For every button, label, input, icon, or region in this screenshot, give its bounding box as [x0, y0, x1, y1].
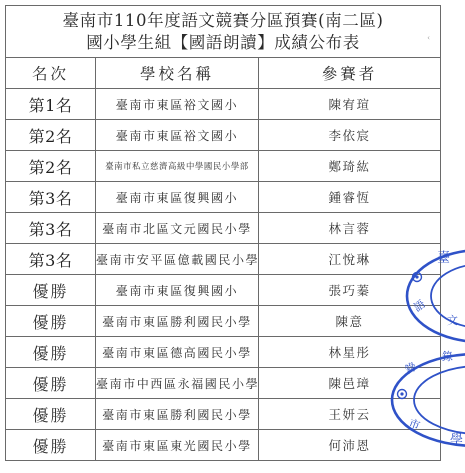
header-school: 學校名稱 [96, 58, 259, 89]
rank-cell: 第3名 [6, 213, 96, 244]
participant-cell: 王妍云 [259, 399, 441, 430]
results-sheet: 臺南市110年度語文競賽分區預賽(南二區) 國小學生組【國語朗讀】成績公布表 ‹… [0, 0, 465, 473]
seal-glyph: 錄 [442, 349, 453, 363]
table-row: 第3名 臺南市北區文元國民小學 林言蓉 [6, 213, 441, 244]
participant-cell: 林星彤 [259, 337, 441, 368]
table-row: 第3名 臺南市東區復興國小 鍾睿恆 [6, 182, 441, 213]
table-row: 第2名 臺南市私立慈濟高級中學國民小學部 鄭琦紘 [6, 151, 441, 182]
school-cell: 臺南市東區勝利國民小學 [96, 306, 259, 337]
participant-cell: 李依宸 [259, 120, 441, 151]
table-row: 優勝 臺南市東區勝利國民小學 王妍云 [6, 399, 441, 430]
participant-cell: 陳宥瑄 [259, 89, 441, 120]
school-cell: 臺南市東區復興國小 [96, 182, 259, 213]
title-row: 臺南市110年度語文競賽分區預賽(南二區) 國小學生組【國語朗讀】成績公布表 ‹ [6, 6, 441, 58]
school-cell: 臺南市東區勝利國民小學 [96, 399, 259, 430]
school-cell: 臺南市安平區億載國民小學 [96, 244, 259, 275]
participant-cell: 陳邑璋 [259, 368, 441, 399]
seal-glyph: 文 [447, 314, 458, 327]
rank-cell: 第3名 [6, 244, 96, 275]
header-rank: 名次 [6, 58, 96, 89]
school-cell: 臺南市東區德高國民小學 [96, 337, 259, 368]
table-row: 第1名 臺南市東區裕文國小 陳宥瑄 [6, 89, 441, 120]
rank-cell: 優勝 [6, 430, 96, 461]
rank-cell: 優勝 [6, 306, 96, 337]
rank-cell: 第1名 [6, 89, 96, 120]
school-cell: 臺南市東區裕文國小 [96, 120, 259, 151]
document-title-line1: 臺南市110年度語文競賽分區預賽(南二區) [6, 10, 440, 32]
table-row: 第2名 臺南市東區裕文國小 李依宸 [6, 120, 441, 151]
rank-cell: 第2名 [6, 151, 96, 182]
table-row: 優勝 臺南市東區復興國小 張巧蓁 [6, 275, 441, 306]
participant-cell: 鍾睿恆 [259, 182, 441, 213]
school-cell: 臺南市東區裕文國小 [96, 89, 259, 120]
results-table: 臺南市110年度語文競賽分區預賽(南二區) 國小學生組【國語朗讀】成績公布表 ‹… [5, 5, 441, 461]
rank-cell: 優勝 [6, 399, 96, 430]
header-participant: 參賽者 [259, 58, 441, 89]
school-cell: 臺南市東區東光國民小學 [96, 430, 259, 461]
table-row: 優勝 臺南市東區德高國民小學 林星彤 [6, 337, 441, 368]
school-cell: 臺南市東區復興國小 [96, 275, 259, 306]
seal-glyph: 學 [450, 433, 463, 448]
participant-cell: 張巧蓁 [259, 275, 441, 306]
table-row: 優勝 臺南市中西區永福國民小學 陳邑璋 [6, 368, 441, 399]
rank-cell: 第2名 [6, 120, 96, 151]
rank-cell: 第3名 [6, 182, 96, 213]
rank-cell: 優勝 [6, 337, 96, 368]
participant-cell: 陳意 [259, 306, 441, 337]
table-row: 優勝 臺南市東區東光國民小學 何沛恩 [6, 430, 441, 461]
school-cell: 臺南市中西區永福國民小學 [96, 368, 259, 399]
school-cell: 臺南市北區文元國民小學 [96, 213, 259, 244]
school-cell: 臺南市私立慈濟高級中學國民小學部 [96, 151, 259, 182]
table-row: 優勝 臺南市東區勝利國民小學 陳意 [6, 306, 441, 337]
document-title-line2: 國小學生組【國語朗讀】成績公布表 [6, 32, 440, 54]
scan-mark: ‹ [427, 27, 430, 49]
table-row: 第3名 臺南市安平區億載國民小學 江悅琳 [6, 244, 441, 275]
participant-cell: 鄭琦紘 [259, 151, 441, 182]
rank-cell: 優勝 [6, 275, 96, 306]
header-row: 名次 學校名稱 參賽者 [6, 58, 441, 89]
title-cell: 臺南市110年度語文競賽分區預賽(南二區) 國小學生組【國語朗讀】成績公布表 ‹ [6, 6, 441, 58]
participant-cell: 林言蓉 [259, 213, 441, 244]
participant-cell: 何沛恩 [259, 430, 441, 461]
rank-cell: 優勝 [6, 368, 96, 399]
participant-cell: 江悅琳 [259, 244, 441, 275]
